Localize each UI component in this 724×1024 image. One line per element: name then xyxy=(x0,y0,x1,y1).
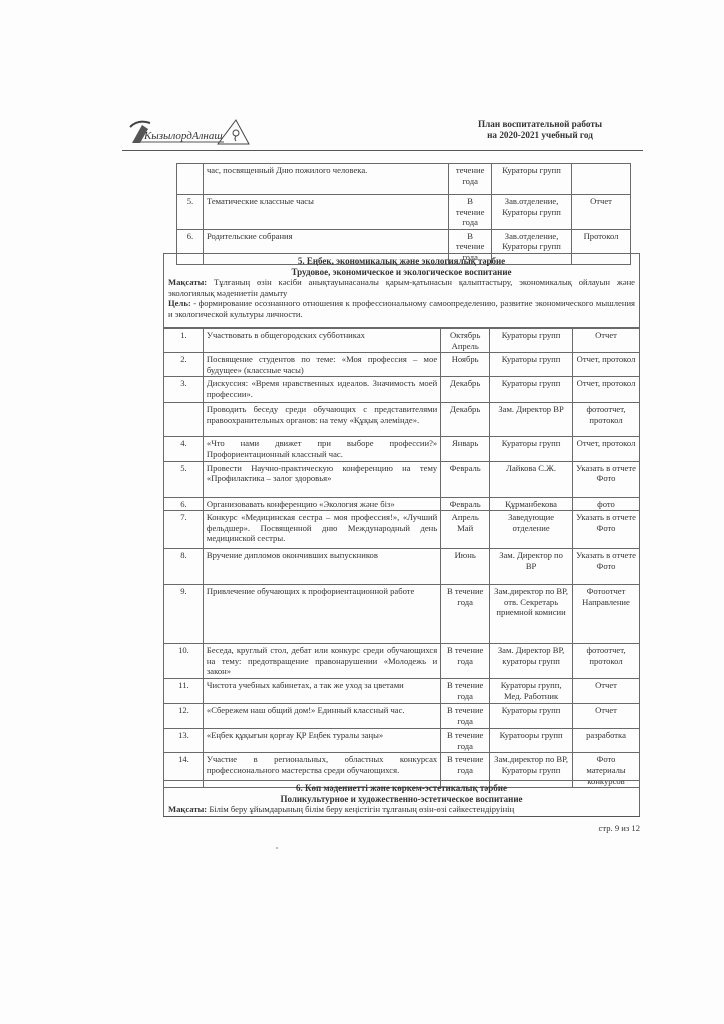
result-cell: Отчет, протокол xyxy=(573,353,640,377)
row-number: 11. xyxy=(164,679,204,704)
row-number: 13. xyxy=(164,729,204,753)
date-cell: В течение года xyxy=(441,729,490,753)
result-cell: Отчет xyxy=(572,195,631,230)
responsible-cell: Зав.отделение, Кураторы групп xyxy=(492,195,572,230)
row-number: 10. xyxy=(164,644,204,679)
date-cell: Апрель Май xyxy=(441,511,490,549)
event-cell: Конкурс «Медицинская сестра – моя профес… xyxy=(203,511,440,549)
document-page: КызылордАлнаш План воспитательной работы… xyxy=(0,0,724,1024)
event-cell: Проводить беседу среди обучающих с предс… xyxy=(203,403,440,437)
responsible-cell: Зам.директор по ВР, отв. Секретарь прием… xyxy=(490,585,573,644)
result-cell xyxy=(572,164,631,195)
date-cell: течение года xyxy=(449,164,492,195)
document-title: План воспитательной работы на 2020-2021 … xyxy=(440,119,640,141)
page-number: стр. 9 из 12 xyxy=(560,823,640,833)
result-cell: Указать в отчете Фото xyxy=(573,549,640,585)
scan-speck xyxy=(276,847,278,849)
event-cell: Тематические классные часы xyxy=(203,195,448,230)
event-cell: Посвящение студентов по теме: «Моя профе… xyxy=(203,353,440,377)
date-cell: Июнь xyxy=(441,549,490,585)
row-number: 9. xyxy=(164,585,204,644)
section-5-events-table: 1.Участвовать в общегородских субботника… xyxy=(163,328,640,788)
table-row: час, посвященный Дню пожилого человека.т… xyxy=(177,164,631,195)
event-cell: Вручение дипломов окончивших выпускников xyxy=(203,549,440,585)
event-cell: Беседа, круглый стол, дебат или конкурс … xyxy=(203,644,440,679)
table-row: 13.«Еңбек құқығын қорғау ҚР Еңбек туралы… xyxy=(164,729,640,753)
table-row: 3.Дискуссия: «Время нравственных идеалов… xyxy=(164,377,640,403)
event-cell: Дискуссия: «Время нравственных идеалов. … xyxy=(203,377,440,403)
section-5-title-ru: Трудовое, экономическое и экологическое … xyxy=(168,267,635,278)
result-cell: Отчет xyxy=(573,329,640,353)
responsible-cell: Зам. Директор ВР, кураторы групп xyxy=(490,644,573,679)
responsible-cell: Кураторы групп xyxy=(490,353,573,377)
responsible-cell: Кураторы групп xyxy=(492,164,572,195)
row-number: 2. xyxy=(164,353,204,377)
responsible-cell: Кураторы групп xyxy=(490,329,573,353)
row-number: 5. xyxy=(177,195,204,230)
logo-icon: КызылордАлнаш xyxy=(128,117,250,147)
college-logo: КызылордАлнаш xyxy=(128,117,250,147)
result-cell: фото xyxy=(573,497,640,511)
title-line-2: на 2020-2021 учебный год xyxy=(440,130,640,141)
title-line-1: План воспитательной работы xyxy=(440,119,640,130)
event-cell: Организовавать конференцию «Экология жән… xyxy=(203,497,440,511)
table-row: 5.Тематические классные часыВ течение го… xyxy=(177,195,631,230)
row-number: 3. xyxy=(164,377,204,403)
goal-kz-text: Білім беру ұйымдарының білім беру кеңіст… xyxy=(209,804,514,814)
goal-ru-text: - формирование осознанного отношения к п… xyxy=(168,298,635,319)
event-cell: «Сбережем наш общий дом!» Единный классн… xyxy=(203,704,440,729)
event-cell: Привлечение обучающих к профориентационн… xyxy=(203,585,440,644)
date-cell: Январь xyxy=(441,437,490,461)
event-cell: «Что нами движет при выборе профессии?» … xyxy=(203,437,440,461)
table-row: 11.Чистота учебных кабинетах, а так же у… xyxy=(164,679,640,704)
result-cell: фотоотчет, протокол xyxy=(573,644,640,679)
footer-divider xyxy=(163,816,640,817)
responsible-cell: Кураторы групп xyxy=(490,377,573,403)
table-row: 9.Привлечение обучающих к профориентацио… xyxy=(164,585,640,644)
event-cell: Участвовать в общегородских субботниках xyxy=(203,329,440,353)
row-number xyxy=(177,164,204,195)
responsible-cell: Кураторы групп xyxy=(490,704,573,729)
goal-kz-text: Тұлғаның өзін кәсіби анықтауынасаналы қа… xyxy=(168,277,635,298)
header-divider xyxy=(122,150,643,151)
section-5-goal-ru: Цель: - формирование осознанного отношен… xyxy=(168,298,635,319)
date-cell: Февраль xyxy=(441,497,490,511)
date-cell: В течение года xyxy=(441,585,490,644)
responsible-cell: Құрманбекова xyxy=(490,497,573,511)
table-row: 5.Провести Научно-практическую конференц… xyxy=(164,461,640,497)
responsible-cell: Куратооры групп xyxy=(490,729,573,753)
result-cell: Отчет, протокол xyxy=(573,377,640,403)
row-number xyxy=(164,403,204,437)
event-cell: «Еңбек құқығын қорғау ҚР Еңбек туралы за… xyxy=(203,729,440,753)
responsible-cell: Зам. Директор по ВР xyxy=(490,549,573,585)
section-6-title-ru: Поликультурное и художественно-эстетичес… xyxy=(168,794,635,805)
responsible-cell: Лайкова С.Ж. xyxy=(490,461,573,497)
table-row: 2.Посвящение студентов по теме: «Моя про… xyxy=(164,353,640,377)
date-cell: Декабрь xyxy=(441,403,490,437)
section-6-goal-kz: Мақсаты: Білім беру ұйымдарының білім бе… xyxy=(168,804,635,815)
goal-ru-label: Цель: xyxy=(168,298,191,308)
event-cell: Провести Научно-практическую конференцию… xyxy=(203,461,440,497)
section-6-header: 6. Көп мәдениетті және көркем-эстетикалы… xyxy=(163,780,640,817)
result-cell: Отчет xyxy=(573,679,640,704)
goal-kz-label: Мақсаты: xyxy=(168,804,207,814)
responsible-cell: Заведующие отделение xyxy=(490,511,573,549)
row-number: 6. xyxy=(164,497,204,511)
goal-kz-label: Мақсаты: xyxy=(168,277,207,287)
row-number: 4. xyxy=(164,437,204,461)
responsible-cell: Кураторы групп, Мед. Работник xyxy=(490,679,573,704)
table-row: 12.«Сбережем наш общий дом!» Единный кла… xyxy=(164,704,640,729)
table-row: 8.Вручение дипломов окончивших выпускник… xyxy=(164,549,640,585)
table-row: Проводить беседу среди обучающих с предс… xyxy=(164,403,640,437)
result-cell: Отчет, протокол xyxy=(573,437,640,461)
date-cell: Февраль xyxy=(441,461,490,497)
responsible-cell: Кураторы групп xyxy=(490,437,573,461)
event-cell: час, посвященный Дню пожилого человека. xyxy=(203,164,448,195)
date-cell: В течение года xyxy=(441,679,490,704)
section-5-header: 5. Еңбек, экономикалық және экологиялық … xyxy=(163,253,640,328)
table-row: 7.Конкурс «Медицинская сестра – моя проф… xyxy=(164,511,640,549)
table-row: 10.Беседа, круглый стол, дебат или конку… xyxy=(164,644,640,679)
result-cell: Указать в отчете Фото xyxy=(573,461,640,497)
table-row: 6.Организовавать конференцию «Экология ж… xyxy=(164,497,640,511)
section-6-title-kz: 6. Көп мәдениетті және көркем-эстетикалы… xyxy=(168,783,635,794)
result-cell: разработка xyxy=(573,729,640,753)
section-5-title-kz: 5. Еңбек, экономикалық және экологиялық … xyxy=(168,256,635,267)
responsible-cell: Зам. Директор ВР xyxy=(490,403,573,437)
event-cell: Чистота учебных кабинетах, а так же уход… xyxy=(203,679,440,704)
date-cell: Ноябрь xyxy=(441,353,490,377)
row-number: 8. xyxy=(164,549,204,585)
date-cell: В течение года xyxy=(441,644,490,679)
result-cell: Отчет xyxy=(573,704,640,729)
date-cell: Октябрь Апрель xyxy=(441,329,490,353)
date-cell: В течение года xyxy=(441,704,490,729)
row-number: 5. xyxy=(164,461,204,497)
svg-text:КызылордАлнаш: КызылордАлнаш xyxy=(143,130,223,142)
table-row: 4.«Что нами движет при выборе профессии?… xyxy=(164,437,640,461)
result-cell: фотоотчет, протокол xyxy=(573,403,640,437)
row-number: 12. xyxy=(164,704,204,729)
date-cell: В течение года xyxy=(449,195,492,230)
row-number: 7. xyxy=(164,511,204,549)
result-cell: Указать в отчете Фото xyxy=(573,511,640,549)
row-number: 1. xyxy=(164,329,204,353)
upper-events-table: час, посвященный Дню пожилого человека.т… xyxy=(176,163,631,265)
date-cell: Декабрь xyxy=(441,377,490,403)
result-cell: Фотоотчет Направление xyxy=(573,585,640,644)
table-row: 1.Участвовать в общегородских субботника… xyxy=(164,329,640,353)
section-5-goal-kz: Мақсаты: Тұлғаның өзін кәсіби анықтауына… xyxy=(168,277,635,298)
